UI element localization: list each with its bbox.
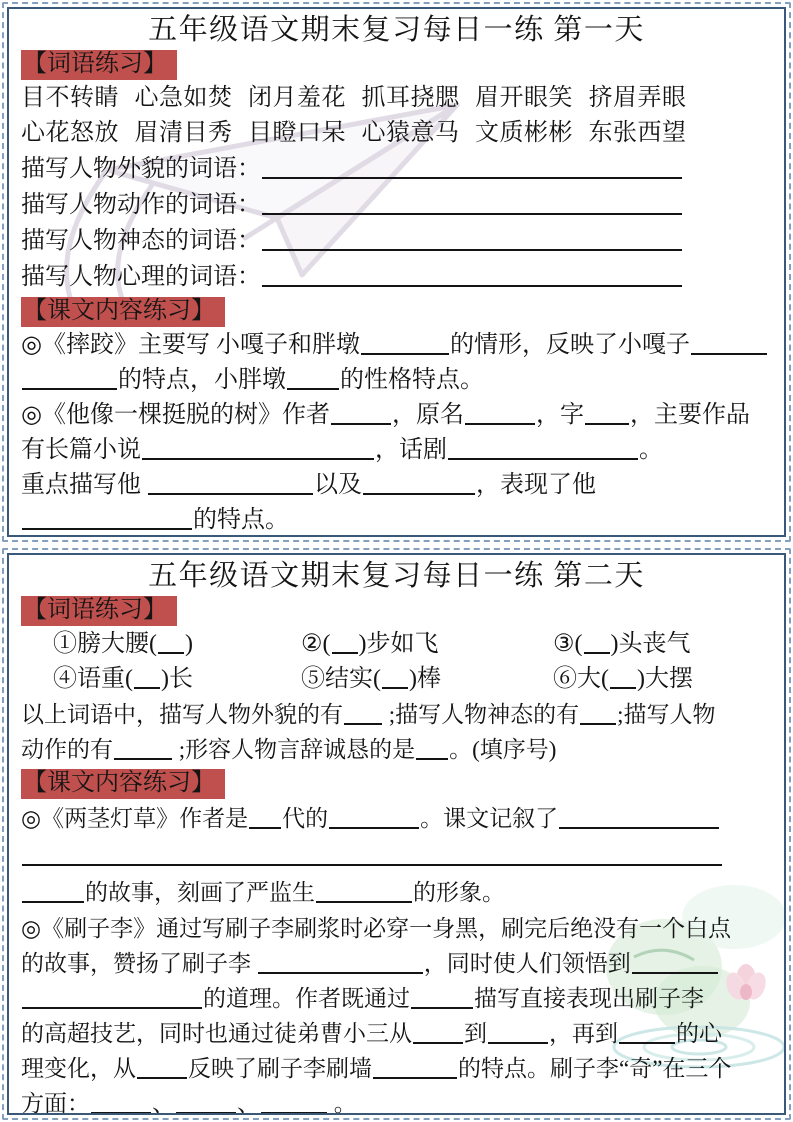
text-run: 的故事，赞扬了刷子李 [21,951,257,976]
blank-underline [22,883,84,903]
tree-paragraph: ◎《他像一棵挺脱的树》作者，原名，字，主要作品有长篇小说，话剧。重点描写他 以及… [21,398,772,537]
blank-underline [411,989,473,1009]
blank-underline [316,883,412,903]
worksheet-line: ◎《两茎灯草》作者是代的。课文记叙了 [21,800,772,837]
text-run: 。课文记叙了 [420,806,558,831]
text-run: 以上词语中，描写人物外貌的有 [21,702,343,727]
blank-underline [22,989,202,1009]
blank-underline [344,705,382,725]
text-run: 描写人物动作的词语： [21,192,261,218]
shuaijiao-paragraph: ◎《摔跤》主要写 小嘎子和胖墩的情形，反映了小嘎子的特点，小胖墩的性格特点。 [21,328,772,398]
blank-underline [22,370,117,390]
text-run: ◎《他像一棵挺脱的树》作者 [21,402,330,428]
text-run: ②( [301,631,331,657]
text-run: ①膀大腰( [53,631,157,657]
worksheet-line: ◎《他像一棵挺脱的树》作者，原名，字，主要作品 [21,398,772,433]
day2-section: 五年级语文期末复习每日一练 第二天 【词语练习】 ①膀大腰() ②()步如飞 ③… [2,548,791,1120]
blank-underline [287,370,339,390]
blank-underline [382,669,408,689]
text-run: 的故事，刻画了严监生 [85,880,315,905]
text-run: 的道理。作者既通过 [203,986,410,1011]
text-run: 代的 [282,806,328,831]
worksheet-line: 方面：、、 。 [21,1086,772,1115]
text-run: ，原名 [392,402,464,428]
day1-title: 五年级语文期末复习每日一练 第一天 [21,12,772,48]
text-run: 描写直接表现出刷子李 [474,986,704,1011]
blank-underline [176,1094,236,1114]
text-run: 理变化，从 [21,1056,136,1081]
text-run: 的情形，反映了小嘎子 [450,332,690,358]
worksheet-line: 描写人物外貌的词语： [21,151,772,187]
blank-underline [331,405,391,425]
text-run: 的形象。 [413,880,505,905]
idiom-item-4: ④语重()长 [53,662,301,697]
text-run: 描写人物心理的词语： [21,264,261,290]
worksheet-line: 的道理。作者既通过描写直接表现出刷子李 [21,981,772,1016]
day1-content-practice-tag: 【课文内容练习】 [21,297,225,327]
text-run: 、 [152,1091,175,1115]
worksheet-line: 动作的有 ;形容人物言辞诚恳的是。(填序号) [21,732,772,767]
worksheet-line: 描写人物动作的词语： [21,187,772,223]
text-run: 反映了刷子李刷墙 [188,1056,372,1081]
worksheet-line: 描写人物神态的词语： [21,223,772,259]
text-run: 方面： [21,1091,90,1115]
text-run: ，同时使人们领悟到 [424,951,631,976]
text-run: ◎《摔跤》主要写 小嘎子和胖墩 [21,332,360,358]
worksheet-line: 的特点，小胖墩的性格特点。 [21,363,772,398]
blank-underline [258,954,423,974]
text-run: 的特点。刷子李“奇”在三个 [458,1056,731,1081]
blank-underline [465,405,535,425]
text-run: ④语重( [53,666,133,692]
blank-underline [632,954,718,974]
day2-title: 五年级语文期末复习每日一练 第二天 [21,558,772,594]
idiom-row-1: 目不转睛 心急如焚 闭月羞花 抓耳挠腮 眉开眼笑 挤眉弄眼 [21,81,772,116]
worksheet-line: 描写人物心理的词语： [21,259,772,295]
blank-underline [559,809,719,829]
text-run: ) [185,631,193,657]
blank-underline [610,669,636,689]
text-run: 的高超技艺，同时也通过徒弟曹小三从 [21,1021,412,1046]
idiom-item-5: ⑤结实()棒 [301,662,553,697]
text-run: 。 [639,437,663,463]
blank-underline [137,1059,187,1079]
day1-section: 五年级语文期末复习每日一练 第一天 【词语练习】 目不转睛 心急如焚 闭月羞花 … [2,2,791,542]
text-run: ;描写人物 [617,702,715,727]
text-run: )棒 [409,666,441,692]
classification-paragraph: 以上词语中，描写人物外貌的有 ;描写人物神态的有;描写人物动作的有 ;形容人物言… [21,697,772,767]
text-run: 。 [328,1091,357,1115]
worksheet-line [21,837,772,874]
blank-underline [261,1094,327,1114]
text-run: 的特点，小胖墩 [118,367,286,393]
text-run: ;形容人物言辞诚恳的是 [173,737,415,762]
blank-underline [416,740,448,760]
worksheet-line: 有长篇小说，话剧。 [21,433,772,468]
text-run: 的特点。 [193,507,289,533]
text-run: ◎《两茎灯草》作者是 [21,806,248,831]
text-run: 。(填序号) [449,737,556,762]
blank-underline [262,231,682,251]
text-run: 动作的有 [21,737,113,762]
blank-underline [262,267,682,287]
text-run: )步如飞 [359,631,439,657]
worksheet-line: 以上词语中，描写人物外貌的有 ;描写人物神态的有;描写人物 [21,697,772,732]
day2-words-practice-tag: 【词语练习】 [21,596,177,626]
worksheet-line: ◎《摔跤》主要写 小嘎子和胖墩的情形，反映了小嘎子 [21,328,772,363]
blank-underline [413,1024,463,1044]
blank-underline [584,634,610,654]
text-run: 的心 [676,1021,722,1046]
day2-content-practice-tag: 【课文内容练习】 [21,769,225,799]
worksheet-page: 五年级语文期末复习每日一练 第一天 【词语练习】 目不转睛 心急如焚 闭月羞花 … [0,0,793,1122]
text-run: ⑤结实( [301,666,381,692]
text-run: ⑥大( [553,666,609,692]
text-run: ，话剧 [375,437,447,463]
day1-words-practice-tag: 【词语练习】 [21,50,177,80]
text-run: 的性格特点。 [340,367,484,393]
day2-frame: 五年级语文期末复习每日一练 第二天 【词语练习】 ①膀大腰() ②()步如飞 ③… [7,553,786,1115]
text-run: 有长篇小说 [21,437,141,463]
worksheet-line: 的特点。 [21,503,772,537]
idiom-item-6: ⑥大()大摆 [553,662,772,697]
idiom-item-3: ③()头丧气 [553,627,772,662]
idiom-item-1: ①膀大腰() [53,627,301,662]
blank-underline [488,1024,548,1044]
blank-underline [373,1059,457,1079]
worksheet-line: ◎《刷子李》通过写刷子李刷浆时必穿一身黑，刷完后绝没有一个白点 [21,911,772,946]
blank-underline [448,440,638,460]
text-run: ，表现了他 [476,472,596,498]
blank-underline [580,705,616,725]
blank-underline [148,475,313,495]
blank-underline [142,440,374,460]
idiom-row-2: 心花怒放 眉清目秀 目瞪口呆 心猿意马 文质彬彬 东张西望 [21,116,772,151]
text-run: )大摆 [637,666,693,692]
text-run: )头丧气 [611,631,691,657]
category-fill-lines: 描写人物外貌的词语：描写人物动作的词语：描写人物神态的词语：描写人物心理的词语： [21,151,772,295]
blank-underline [22,846,722,866]
blank-underline [585,405,629,425]
text-run: 描写人物外貌的词语： [21,156,261,182]
blank-underline [22,510,192,530]
worksheet-line: 重点描写他 以及，表现了他 [21,468,772,503]
text-run: 以及 [314,472,362,498]
brush-paragraph: ◎《刷子李》通过写刷子李刷浆时必穿一身黑，刷完后绝没有一个白点的故事，赞扬了刷子… [21,911,772,1115]
blank-underline [91,1094,151,1114]
worksheet-line: 的故事，刻画了严监生的形象。 [21,874,772,911]
blank-underline [329,809,419,829]
worksheet-line: 的高超技艺，同时也通过徒弟曹小三从到，再到的心 [21,1016,772,1051]
text-run: ，字 [536,402,584,428]
text-run: )长 [161,666,193,692]
worksheet-line: 的故事，赞扬了刷子李 ，同时使人们领悟到 [21,946,772,981]
worksheet-line: 理变化，从反映了刷子李刷墙的特点。刷子李“奇”在三个 [21,1051,772,1086]
blank-underline [262,195,682,215]
text-run: ，主要作品 [630,402,750,428]
blank-underline [361,335,449,355]
text-run: ◎《刷子李》通过写刷子李刷浆时必穿一身黑，刷完后绝没有一个白点 [21,916,731,941]
lamp-paragraph: ◎《两茎灯草》作者是代的。课文记叙了的故事，刻画了严监生的形象。 [21,800,772,911]
blank-underline [619,1024,675,1044]
text-run: 重点描写他 [21,472,147,498]
text-run: ③( [553,631,583,657]
blank-underline [114,740,172,760]
text-run: 描写人物神态的词语： [21,228,261,254]
blank-underline [249,809,281,829]
text-run: 到 [464,1021,487,1046]
text-run: ;描写人物神态的有 [383,702,579,727]
idiom-fill-items: ①膀大腰() ②()步如飞 ③()头丧气 ④语重()长 ⑤结实()棒 ⑥大()大… [21,627,772,697]
blank-underline [363,475,475,495]
blank-underline [262,159,682,179]
blank-underline [691,335,767,355]
blank-underline [332,634,358,654]
blank-underline [134,669,160,689]
idiom-item-2: ②()步如飞 [301,627,553,662]
text-run: ，再到 [549,1021,618,1046]
text-run: 、 [237,1091,260,1115]
blank-underline [158,634,184,654]
day1-frame: 五年级语文期末复习每日一练 第一天 【词语练习】 目不转睛 心急如焚 闭月羞花 … [7,7,786,537]
